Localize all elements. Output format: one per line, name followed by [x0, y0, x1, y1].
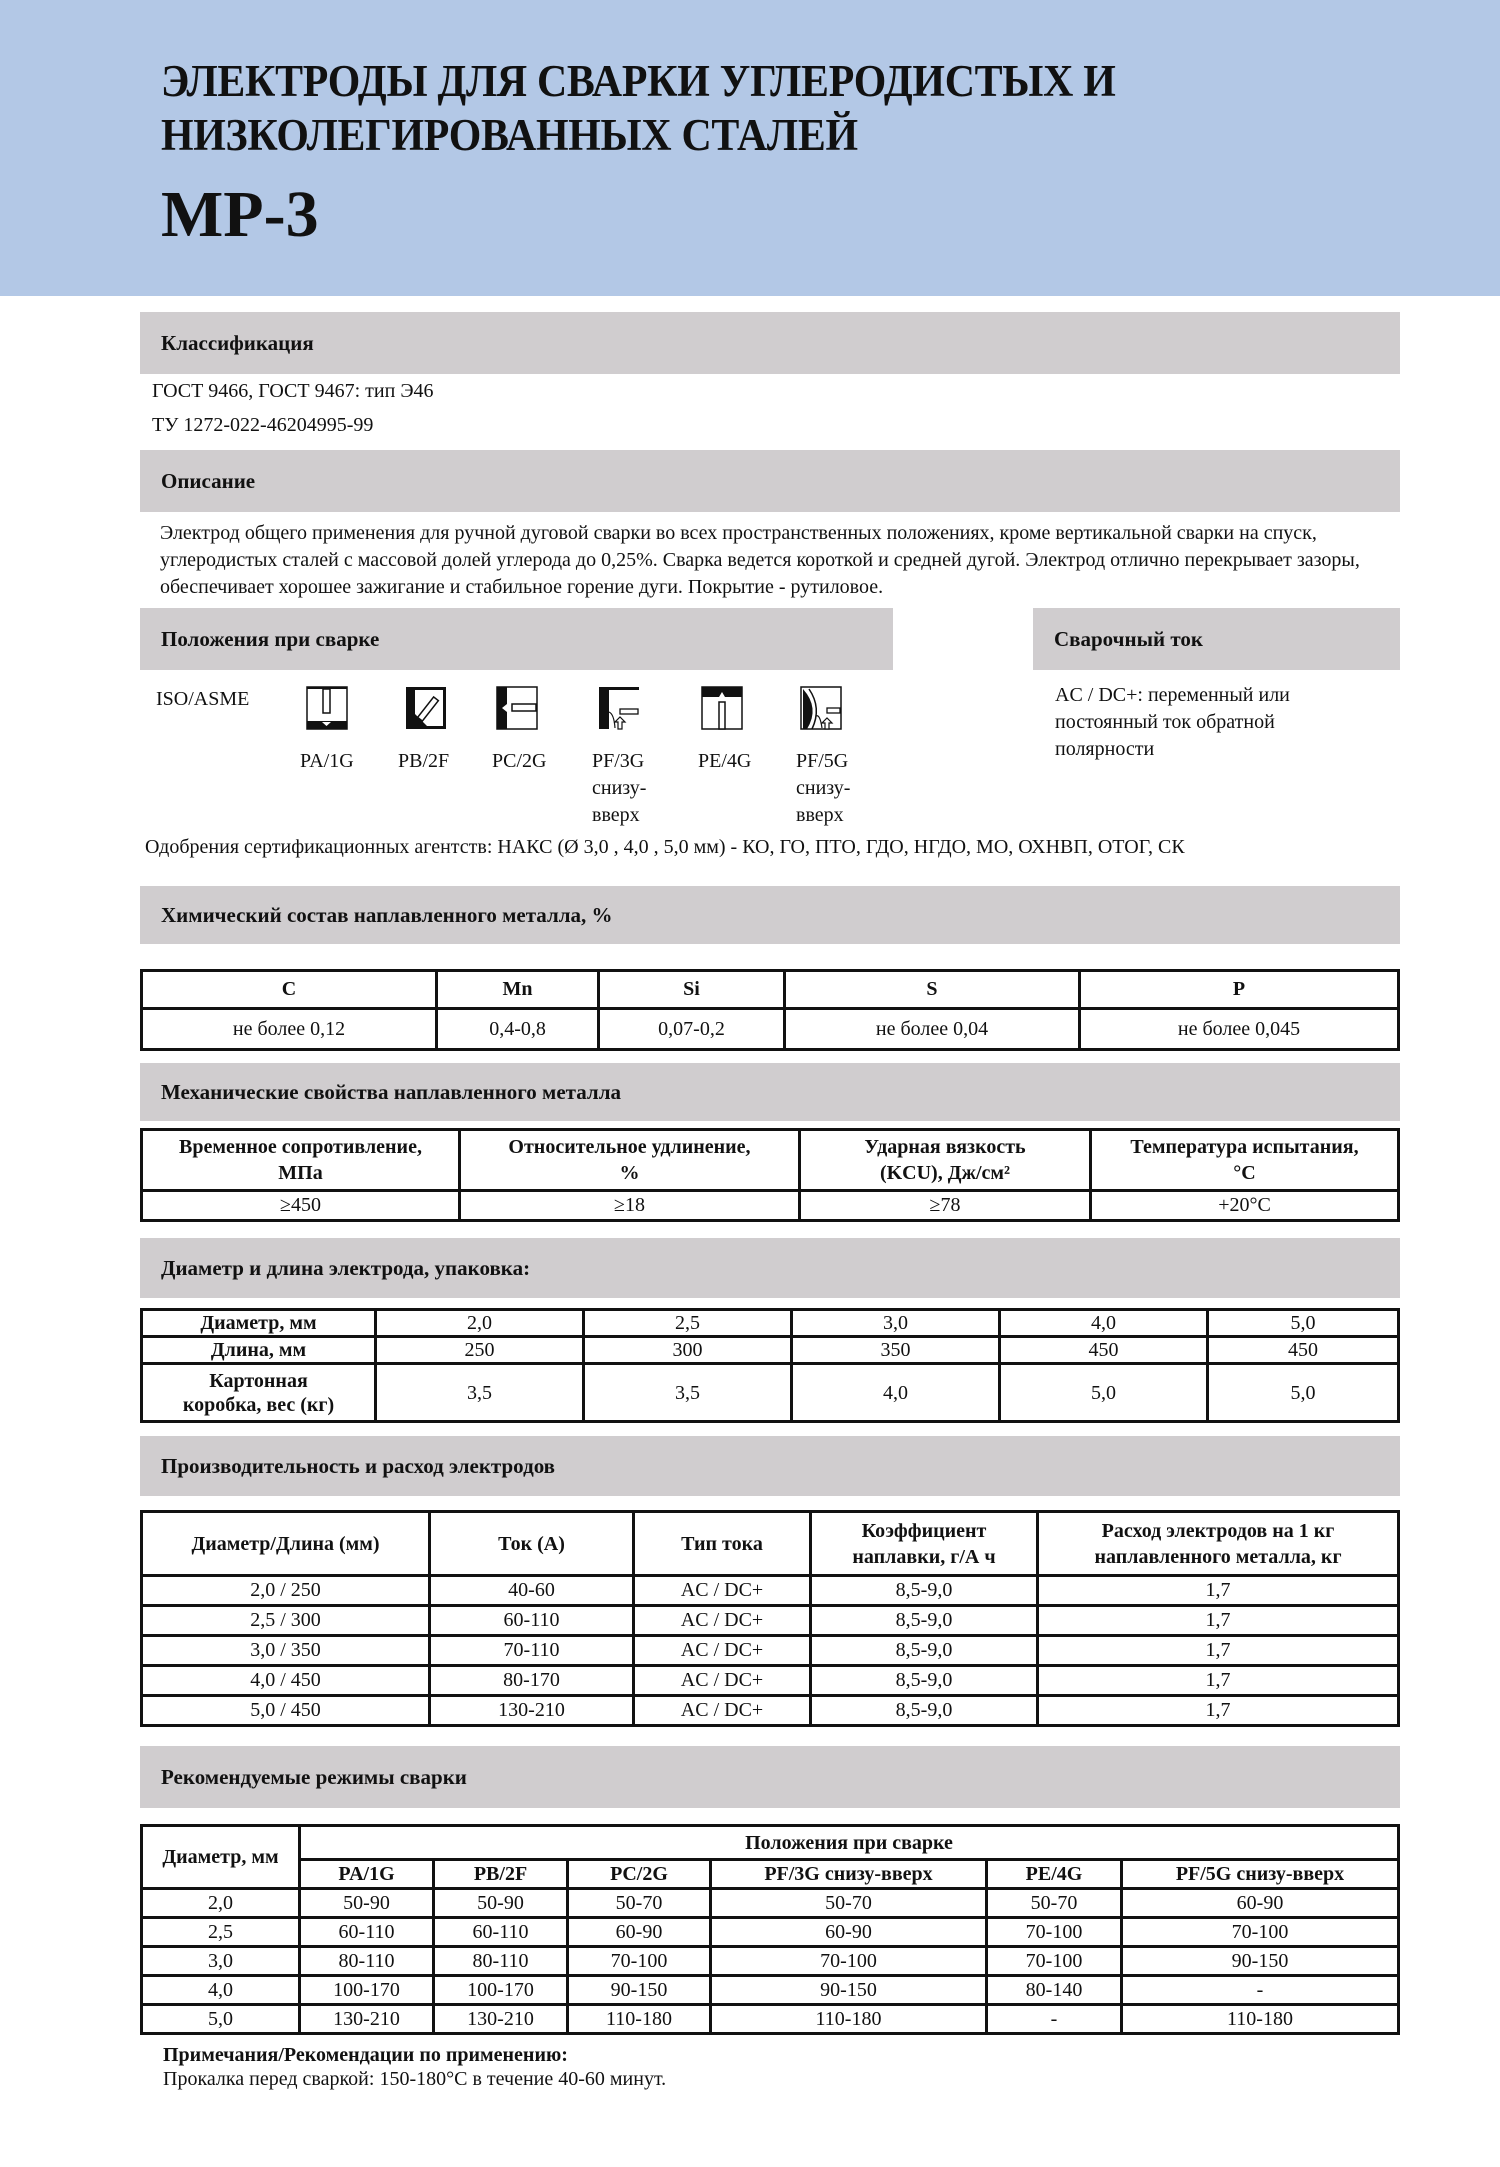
chem-value: не более 0,04 — [784, 1009, 1079, 1050]
perf-header: Ток (А) — [430, 1512, 634, 1576]
section-header-modes: Рекомендуемые режимы сварки — [140, 1746, 1400, 1808]
modes-cell: 110-180 — [1122, 2005, 1399, 2034]
chem-header: S — [784, 971, 1079, 1009]
modes-cell: 60-90 — [711, 1918, 987, 1947]
modes-cell: 50-90 — [434, 1889, 568, 1918]
modes-cell: 90-150 — [1122, 1947, 1399, 1976]
perf-cell: 8,5-9,0 — [811, 1666, 1038, 1696]
modes-cell: 110-180 — [568, 2005, 711, 2034]
modes-diameter: 5,0 — [142, 2005, 300, 2034]
perf-cell: 1,7 — [1038, 1606, 1399, 1636]
table-row: 3,0 / 35070-110AC / DC+8,5-9,01,7 — [142, 1636, 1399, 1666]
mech-header: Относительное удлинение,% — [460, 1130, 800, 1191]
perf-cell: AC / DC+ — [634, 1666, 811, 1696]
modes-cell: 80-140 — [987, 1976, 1122, 2005]
dim-row-label: Диаметр, мм — [142, 1310, 376, 1337]
modes-cell: 60-90 — [568, 1918, 711, 1947]
table-row: 5,0130-210130-210110-180110-180-110-180 — [142, 2005, 1399, 2034]
dimensions-table: Диаметр, мм 2,0 2,5 3,0 4,0 5,0 Длина, м… — [140, 1308, 1400, 1423]
modes-position-header: PC/2G — [568, 1860, 711, 1889]
mech-header: Температура испытания,°C — [1091, 1130, 1399, 1191]
chem-value: не более 0,12 — [142, 1009, 437, 1050]
section-header-mechanical: Механические свойства наплавленного мета… — [140, 1063, 1400, 1121]
perf-cell: 8,5-9,0 — [811, 1636, 1038, 1666]
table-row: 4,0 / 45080-170AC / DC+8,5-9,01,7 — [142, 1666, 1399, 1696]
perf-cell: 80-170 — [430, 1666, 634, 1696]
modes-cell: 90-150 — [568, 1976, 711, 2005]
perf-cell: AC / DC+ — [634, 1606, 811, 1636]
table-row: 5,0 / 450130-210AC / DC+8,5-9,01,7 — [142, 1696, 1399, 1726]
perf-header: Диаметр/Длина (мм) — [142, 1512, 430, 1576]
perf-cell: 2,5 / 300 — [142, 1606, 430, 1636]
classification-tu: ТУ 1272-022-46204995-99 — [152, 412, 373, 439]
classification-gost: ГОСТ 9466, ГОСТ 9467: тип Э46 — [152, 378, 434, 405]
section-header-dimensions: Диаметр и длина электрода, упаковка: — [140, 1238, 1400, 1298]
title-line-2: НИЗКОЛЕГИРОВАННЫХ СТАЛЕЙ — [161, 108, 1116, 162]
modes-cell: - — [1122, 1976, 1399, 2005]
perf-cell: 60-110 — [430, 1606, 634, 1636]
dim-value: 4,0 — [792, 1364, 1000, 1422]
perf-cell: AC / DC+ — [634, 1696, 811, 1726]
perf-cell: 1,7 — [1038, 1636, 1399, 1666]
modes-position-header: PB/2F — [434, 1860, 568, 1889]
section-header-chemistry: Химический состав наплавленного металла,… — [140, 886, 1400, 944]
modes-cell: 130-210 — [300, 2005, 434, 2034]
modes-cell: 70-100 — [987, 1947, 1122, 1976]
perf-cell: 8,5-9,0 — [811, 1576, 1038, 1606]
modes-cell: - — [987, 2005, 1122, 2034]
position-label: PF/5G снизу- вверх — [796, 748, 850, 829]
dim-value: 5,0 — [1000, 1364, 1208, 1422]
modes-table: Диаметр, мм Положения при сварке PA/1G P… — [140, 1824, 1400, 2035]
mechanical-table: Временное сопротивление,МПа Относительно… — [140, 1128, 1400, 1222]
modes-cell: 70-100 — [711, 1947, 987, 1976]
dim-value: 300 — [584, 1337, 792, 1364]
modes-cell: 80-110 — [434, 1947, 568, 1976]
dim-value: 3,5 — [376, 1364, 584, 1422]
chemistry-table: C Mn Si S P не более 0,12 0,4-0,8 0,07-0… — [140, 969, 1400, 1051]
position-label: PE/4G — [698, 748, 751, 775]
dim-value: 350 — [792, 1337, 1000, 1364]
dim-value: 450 — [1000, 1337, 1208, 1364]
modes-cell: 100-170 — [300, 1976, 434, 2005]
dim-value: 2,5 — [584, 1310, 792, 1337]
position-label: PC/2G — [492, 748, 546, 775]
modes-cell: 70-100 — [1122, 1918, 1399, 1947]
perf-cell: 40-60 — [430, 1576, 634, 1606]
perf-header: Расход электродов на 1 кгнаплавленного м… — [1038, 1512, 1399, 1576]
chem-header: C — [142, 971, 437, 1009]
performance-table: Диаметр/Длина (мм) Ток (А) Тип тока Коэф… — [140, 1510, 1400, 1727]
mech-header: Временное сопротивление,МПа — [142, 1130, 460, 1191]
chem-header: P — [1080, 971, 1399, 1009]
dim-row-label: Картоннаякоробка, вес (кг) — [142, 1364, 376, 1422]
mech-header: Ударная вязкость(KCU), Дж/см² — [800, 1130, 1091, 1191]
modes-cell: 50-70 — [568, 1889, 711, 1918]
modes-cell: 80-110 — [300, 1947, 434, 1976]
mech-value: ≥78 — [800, 1191, 1091, 1221]
position-pf-5g-icon — [800, 686, 842, 730]
position-pe-4g-icon — [701, 686, 743, 730]
perf-cell: 70-110 — [430, 1636, 634, 1666]
dim-value: 4,0 — [1000, 1310, 1208, 1337]
modes-position-header: PF/3G снизу-вверх — [711, 1860, 987, 1889]
table-row: 2,5 / 30060-110AC / DC+8,5-9,01,7 — [142, 1606, 1399, 1636]
chem-value: 0,07-0,2 — [599, 1009, 785, 1050]
position-label: PF/3G снизу- вверх — [592, 748, 646, 829]
chem-header: Si — [599, 971, 785, 1009]
dim-row-label: Длина, мм — [142, 1337, 376, 1364]
modes-diameter-header: Диаметр, мм — [142, 1826, 300, 1889]
position-label: PB/2F — [398, 748, 449, 775]
perf-cell: 8,5-9,0 — [811, 1696, 1038, 1726]
modes-position-header: PA/1G — [300, 1860, 434, 1889]
modes-cell: 50-70 — [711, 1889, 987, 1918]
title-line-1: ЭЛЕКТРОДЫ ДЛЯ СВАРКИ УГЛЕРОДИСТЫХ И — [161, 54, 1116, 108]
mech-value: ≥18 — [460, 1191, 800, 1221]
positions-standard-label: ISO/ASME — [156, 686, 249, 713]
perf-cell: 8,5-9,0 — [811, 1606, 1038, 1636]
position-pb-2f-icon — [405, 686, 447, 730]
position-label: PA/1G — [300, 748, 354, 775]
table-row: 2,0 / 25040-60AC / DC+8,5-9,01,7 — [142, 1576, 1399, 1606]
modes-cell: 50-90 — [300, 1889, 434, 1918]
section-header-classification: Классификация — [140, 312, 1400, 374]
perf-cell: AC / DC+ — [634, 1576, 811, 1606]
header-banner: ЭЛЕКТРОДЫ ДЛЯ СВАРКИ УГЛЕРОДИСТЫХ И НИЗК… — [0, 0, 1500, 296]
table-row: 3,080-11080-11070-10070-10070-10090-150 — [142, 1947, 1399, 1976]
perf-cell: 130-210 — [430, 1696, 634, 1726]
modes-cell: 90-150 — [711, 1976, 987, 2005]
position-pc-2g-icon — [496, 686, 538, 730]
dim-value: 3,0 — [792, 1310, 1000, 1337]
chem-value: не более 0,045 — [1080, 1009, 1399, 1050]
section-header-positions: Положения при сварке — [140, 608, 893, 670]
table-row: 2,560-11060-11060-9060-9070-10070-100 — [142, 1918, 1399, 1947]
approvals-text: Одобрения сертификационных агентств: НАК… — [145, 834, 1185, 861]
modes-cell: 70-100 — [568, 1947, 711, 1976]
modes-cell: 130-210 — [434, 2005, 568, 2034]
perf-header: Тип тока — [634, 1512, 811, 1576]
modes-cell: 110-180 — [711, 2005, 987, 2034]
electrode-model: МР-3 — [161, 180, 319, 250]
table-row: 2,050-9050-9050-7050-7050-7060-90 — [142, 1889, 1399, 1918]
chem-header: Mn — [437, 971, 599, 1009]
modes-diameter: 2,0 — [142, 1889, 300, 1918]
dim-value: 250 — [376, 1337, 584, 1364]
mech-value: +20°C — [1091, 1191, 1399, 1221]
modes-position-header: PF/5G снизу-вверх — [1122, 1860, 1399, 1889]
mech-value: ≥450 — [142, 1191, 460, 1221]
modes-cell: 50-70 — [987, 1889, 1122, 1918]
dim-value: 5,0 — [1208, 1310, 1399, 1337]
perf-header: Коэффициентнаплавки, г/А ч — [811, 1512, 1038, 1576]
modes-diameter: 3,0 — [142, 1947, 300, 1976]
description-text: Электрод общего применения для ручной ду… — [160, 520, 1400, 601]
section-header-performance: Производительность и расход электродов — [140, 1436, 1400, 1496]
modes-cell: 60-90 — [1122, 1889, 1399, 1918]
perf-cell: 3,0 / 350 — [142, 1636, 430, 1666]
perf-cell: 5,0 / 450 — [142, 1696, 430, 1726]
perf-cell: 1,7 — [1038, 1576, 1399, 1606]
modes-cell: 100-170 — [434, 1976, 568, 2005]
position-pf-3g-icon — [598, 686, 640, 730]
perf-cell: 4,0 / 450 — [142, 1666, 430, 1696]
modes-cell: 70-100 — [987, 1918, 1122, 1947]
chem-value: 0,4-0,8 — [437, 1009, 599, 1050]
notes-heading: Примечания/Рекомендации по применению: — [163, 2042, 568, 2069]
dim-value: 3,5 — [584, 1364, 792, 1422]
modes-cell: 60-110 — [300, 1918, 434, 1947]
perf-cell: 2,0 / 250 — [142, 1576, 430, 1606]
table-row: 4,0100-170100-17090-15090-15080-140- — [142, 1976, 1399, 2005]
perf-cell: 1,7 — [1038, 1666, 1399, 1696]
perf-cell: AC / DC+ — [634, 1636, 811, 1666]
modes-position-header: PE/4G — [987, 1860, 1122, 1889]
dim-value: 450 — [1208, 1337, 1399, 1364]
document-title: ЭЛЕКТРОДЫ ДЛЯ СВАРКИ УГЛЕРОДИСТЫХ И НИЗК… — [161, 54, 1116, 162]
modes-group-header: Положения при сварке — [300, 1826, 1399, 1860]
dim-value: 5,0 — [1208, 1364, 1399, 1422]
perf-cell: 1,7 — [1038, 1696, 1399, 1726]
modes-cell: 60-110 — [434, 1918, 568, 1947]
dim-value: 2,0 — [376, 1310, 584, 1337]
modes-diameter: 4,0 — [142, 1976, 300, 2005]
position-pa-1g-icon — [306, 686, 348, 730]
section-header-description: Описание — [140, 450, 1400, 512]
modes-diameter: 2,5 — [142, 1918, 300, 1947]
notes-text: Прокалка перед сваркой: 150-180°C в тече… — [163, 2066, 666, 2093]
current-description: AC / DC+: переменный или постоянный ток … — [1055, 682, 1290, 763]
section-header-current: Сварочный ток — [1033, 608, 1400, 670]
